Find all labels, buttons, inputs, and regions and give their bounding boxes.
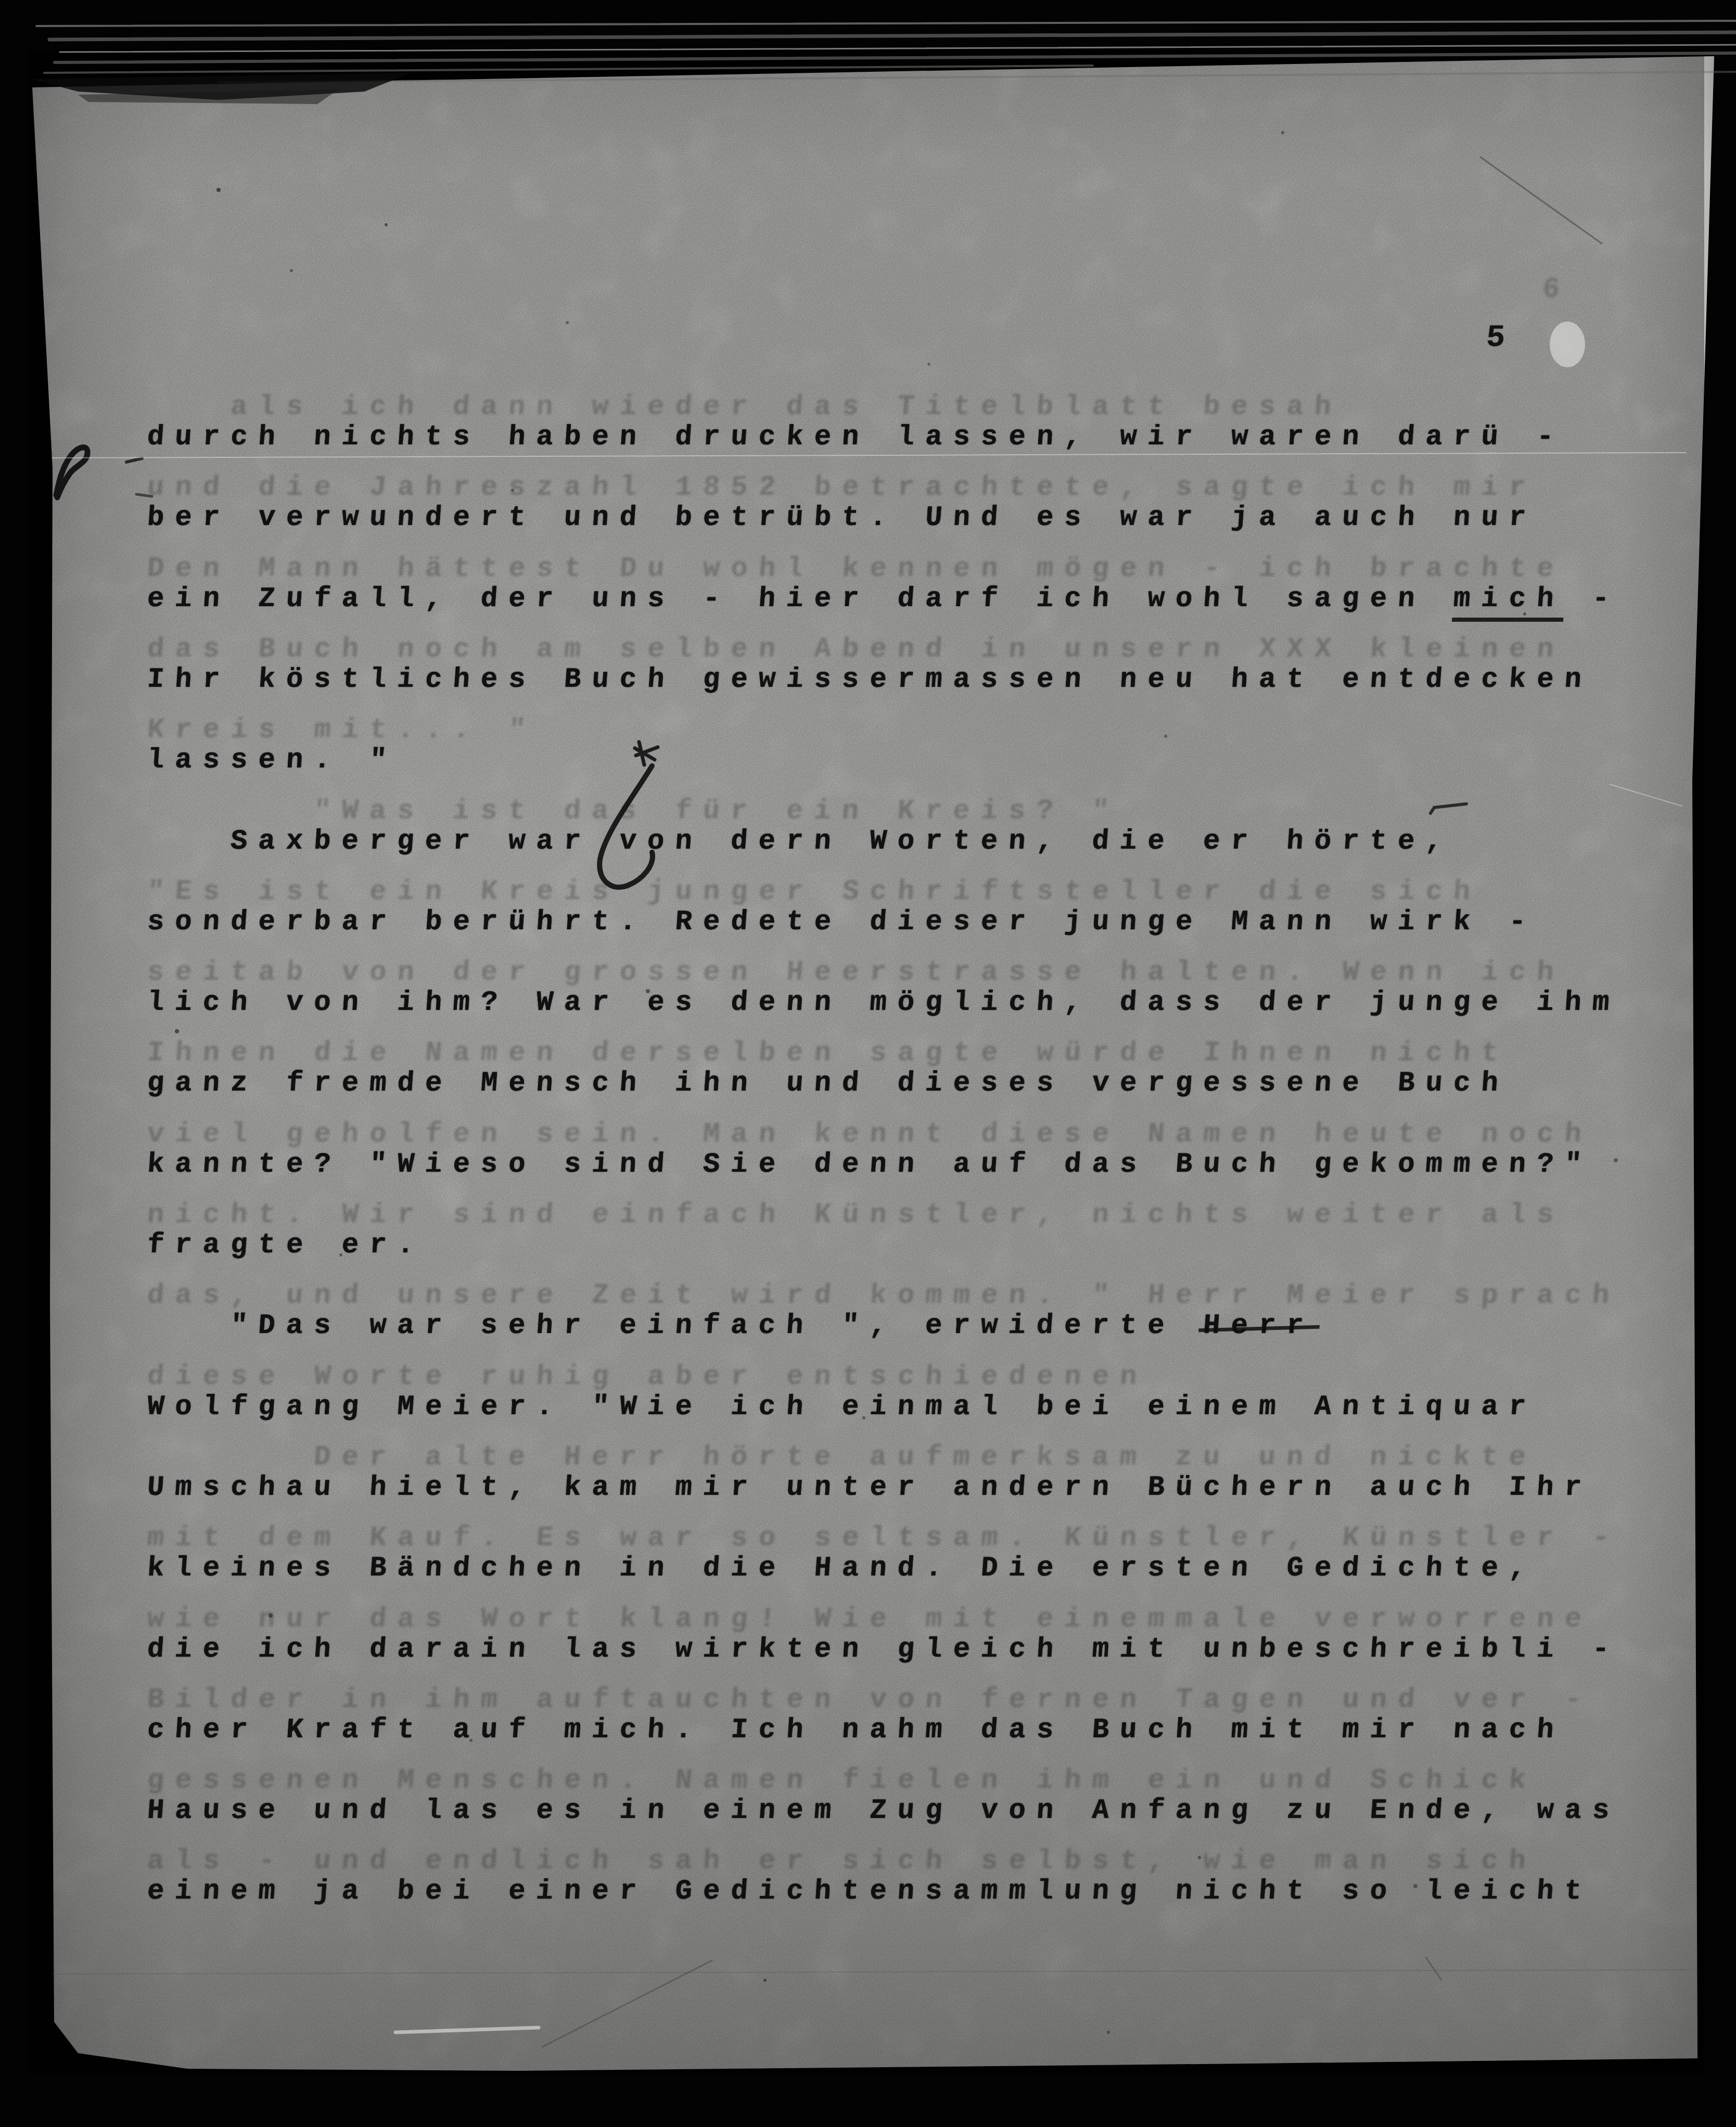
ghost-line: das Buch noch am selben Abend in unsern …: [146, 634, 1566, 665]
typed-line: ein Zufall, der uns - hier darf ich wohl…: [146, 583, 1622, 615]
ghost-line: seitab von der grossen Heerstrasse halte…: [146, 957, 1566, 989]
typed-line: cher Kraft auf mich. Ich nahm das Buch m…: [146, 1714, 1566, 1746]
typed-line: Umschau hielt, kam mir unter andern Büch…: [146, 1472, 1593, 1504]
typed-line: Saxberger war von dern Worten, die er hö…: [229, 826, 1454, 857]
ghost-line: "Was ist das für ein Kreis? ": [313, 796, 1121, 827]
ghost-line: Bilder in ihm auftauchten von fernen Tag…: [146, 1684, 1593, 1716]
ghost-line: Kreis mit... ": [146, 714, 538, 746]
ghost-line: und die Jahreszahl 1852 betrachtete, sag…: [146, 472, 1538, 504]
typed-line: Ihr köstliches Buch gewissermassen neu h…: [146, 664, 1593, 696]
page-number: 5: [1485, 321, 1507, 356]
ghost-line: "Es ist ein Kreis junger Schriftsteller …: [146, 876, 1483, 908]
ghost-line: diese Worte ruhig aber entschiedenen: [146, 1361, 1149, 1393]
ghost-line: Den Mann hättest Du wohl kennen mögen - …: [146, 553, 1566, 585]
typed-line: einem ja bei einer Gedichtensammlung nic…: [146, 1876, 1593, 1907]
typed-line: "Das war sehr einfach ", erwiderte Herr: [229, 1310, 1316, 1342]
typed-line: kannte? "Wieso sind Sie denn auf das Buc…: [146, 1149, 1593, 1181]
ghost-line: das, und unsere Zeit wird kommen. " Herr…: [146, 1280, 1622, 1312]
typed-line: lich von ihm? War es denn möglich, dass …: [146, 987, 1622, 1019]
typed-line: kleines Bändchen in die Hand. Die ersten…: [146, 1553, 1538, 1584]
ghost-line: Ihnen die Namen derselben sagte würde Ih…: [146, 1037, 1510, 1069]
typed-line: Wolfgang Meier. "Wie ich einmal bei eine…: [146, 1391, 1538, 1423]
ghost-line: Der alte Herr hörte aufmerksam zu und ni…: [313, 1442, 1538, 1473]
ghost-line: mit dem Kauf. Es war so seltsam. Künstle…: [146, 1522, 1622, 1554]
typed-line: sonderbar berührt. Redete dieser junge M…: [146, 906, 1538, 938]
ghost-line: nicht. Wir sind einfach Künstler, nichts…: [146, 1199, 1566, 1231]
ghost-line: als ich dann wieder das Titelblatt besah: [229, 391, 1343, 423]
ghost-line: gessenen Menschen. Namen fielen ihm ein …: [146, 1765, 1538, 1797]
ghost-line: viel geholfen sein. Man kennt diese Name…: [146, 1119, 1593, 1150]
typed-line: lassen. ": [146, 745, 399, 776]
typed-line: Hause und las es in einem Zug von Anfang…: [146, 1795, 1622, 1827]
typed-line: die ich darain las wirkten gleich mit un…: [146, 1634, 1622, 1665]
typed-line: fragte er.: [146, 1229, 426, 1261]
manuscript-page: 6 5 als ich dann wieder das Titelblatt b…: [0, 0, 1736, 2127]
ghost-page-number: 6: [1541, 273, 1561, 306]
typed-line: ber verwundert und betrübt. Und es war j…: [146, 502, 1538, 534]
underlined-word: mich: [1452, 583, 1566, 622]
ghost-line: wie nur das Wort klang! Wie mit einemmal…: [146, 1604, 1593, 1635]
struck-out-word: Herr: [1202, 1310, 1316, 1342]
ghost-line: als - und endlich sah er sich selbst, wi…: [146, 1846, 1538, 1877]
microfilm-photo: 6 5 als ich dann wieder das Titelblatt b…: [0, 0, 1736, 2127]
typed-line: ganz fremde Mensch ihn und dieses verges…: [146, 1068, 1510, 1099]
typed-line: durch nichts haben drucken lassen, wir w…: [146, 421, 1566, 453]
